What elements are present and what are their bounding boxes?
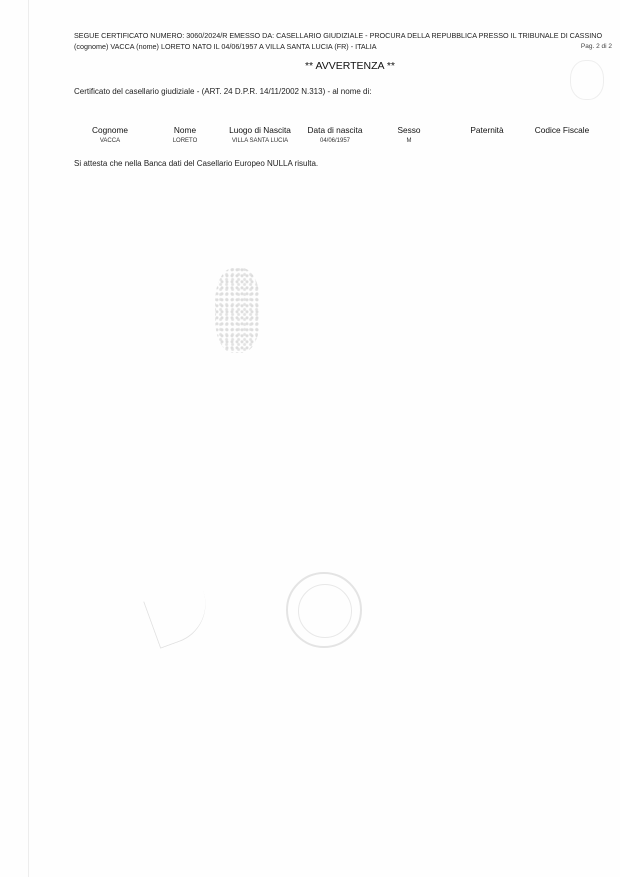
- subject-header-line: (cognome) VACCA (nome) LORETO NATO IL 04…: [74, 42, 377, 51]
- result-statement: Si attesta che nella Banca dati del Case…: [74, 159, 318, 168]
- ghost-seal-icon: [286, 572, 362, 648]
- page-indicator: Pag. 2 di 2: [581, 43, 612, 50]
- header-luogo-nascita: Luogo di Nascita: [220, 125, 300, 135]
- cell-cognome: VACCA: [80, 138, 140, 144]
- header-cognome: Cognome: [80, 125, 140, 135]
- cell-sesso: M: [392, 138, 426, 144]
- header-data-nascita: Data di nascita: [302, 125, 368, 135]
- warning-title: ** AVVERTENZA **: [0, 60, 620, 72]
- ghost-stamp-speckle: [215, 268, 260, 353]
- ghost-heading: [395, 83, 400, 103]
- ghost-subheading: [440, 125, 444, 142]
- document-page: SEGUE CERTIFICATO NUMERO: 3060/2024/R EM…: [0, 0, 620, 877]
- certificate-header-line: SEGUE CERTIFICATO NUMERO: 3060/2024/R EM…: [74, 31, 614, 40]
- header-codice-fiscale: Codice Fiscale: [530, 125, 594, 135]
- cell-nome: LORETO: [160, 138, 210, 144]
- intro-text: Certificato del casellario giudiziale - …: [74, 87, 371, 96]
- header-paternita: Paternità: [462, 125, 512, 135]
- cell-data-nascita: 04/06/1957: [302, 138, 368, 144]
- ghost-signature: [143, 581, 216, 649]
- header-sesso: Sesso: [392, 125, 426, 135]
- cell-luogo-nascita: VILLA SANTA LUCIA: [220, 138, 300, 144]
- header-nome: Nome: [160, 125, 210, 135]
- scan-edge-line: [28, 0, 29, 877]
